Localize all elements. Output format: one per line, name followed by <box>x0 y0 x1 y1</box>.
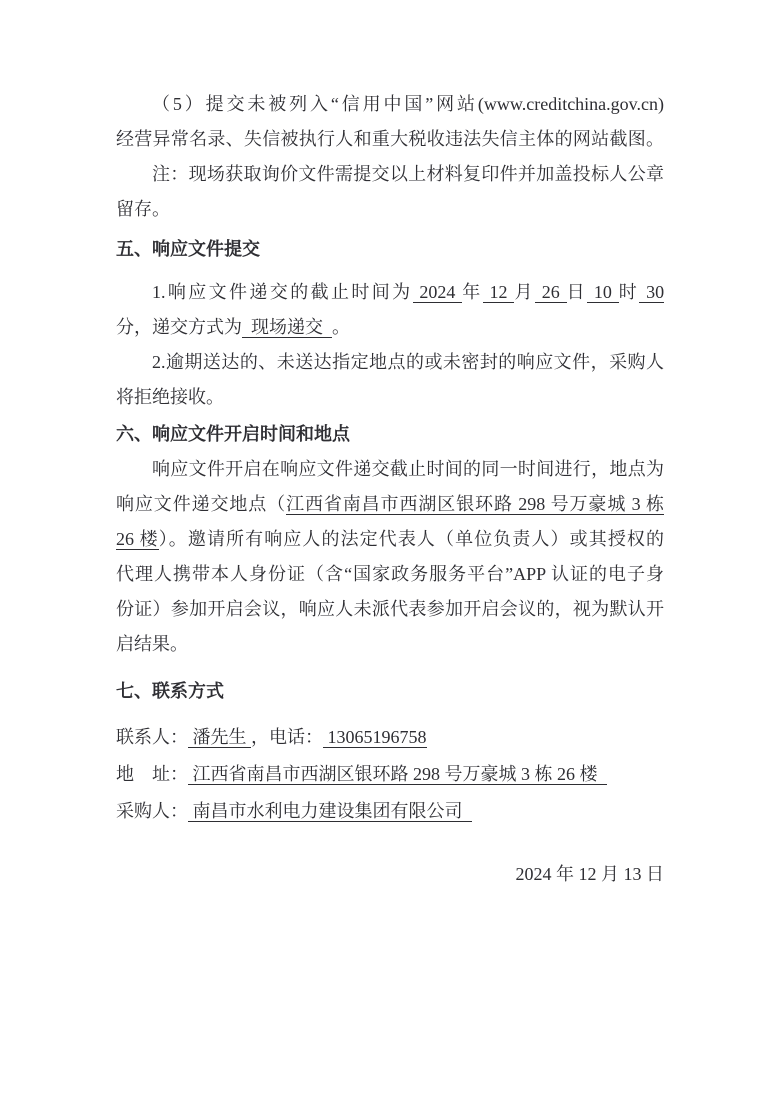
section6-heading-text: 六、响应文件开启时间和地点 <box>116 424 350 444</box>
blank-submission-method: 现场递交 <box>242 317 332 338</box>
blank-address: 江西省南昌市西湖区银环路 298 号万豪城 3 栋 26 楼 <box>188 764 607 785</box>
address-label: 地 址： <box>116 764 188 784</box>
year-unit-text: 年 <box>462 282 482 302</box>
opening-line2-text: 响应文件递交地点（ <box>116 494 286 514</box>
opening-line5-text: 份证）参加开启会议，响应人未派代表参加开启会议的，视为默认开 <box>116 599 664 619</box>
para-item5-line2-text: 经营异常名录、失信被执行人和重大税收违法失信主体的网站截图。 <box>116 129 664 149</box>
section5-heading: 五、响应文件提交 <box>116 232 664 267</box>
section7-heading-text: 七、联系方式 <box>116 681 224 701</box>
blank-month: 12 <box>483 282 515 303</box>
opening-line4-text: 代理人携带本人身份证（含“国家政务服务平台”APP 认证的电子身 <box>116 564 664 584</box>
buyer-label: 采购人： <box>116 801 188 821</box>
blank-contact-name: 潘先生 <box>188 727 251 748</box>
opening-line3: 26 楼）。邀请所有响应人的法定代表人（单位负责人）或其授权的 <box>116 522 664 557</box>
para-note-line2-text: 留存。 <box>116 199 170 219</box>
deadline2-lead-text: 分，递交方式为 <box>116 317 242 337</box>
para-item5-line1: （5）提交未被列入“信用中国”网站(www.creditchina.gov.cn… <box>116 87 664 122</box>
deadline-line2: 分，递交方式为 现场递交 。 <box>116 310 664 345</box>
month-unit-text: 月 <box>514 282 534 302</box>
contact-phone-label: ，电话： <box>251 727 323 747</box>
section6-heading: 六、响应文件开启时间和地点 <box>116 417 664 452</box>
para-note-line1-text: 注：现场获取询价文件需提交以上材料复印件并加盖投标人公章 <box>152 164 664 184</box>
blank-minute: 30 <box>639 282 664 303</box>
blank-buyer: 南昌市水利电力建设集团有限公司 <box>188 801 472 822</box>
blank-day: 26 <box>535 282 567 303</box>
opening-line4: 代理人携带本人身份证（含“国家政务服务平台”APP 认证的电子身 <box>116 557 664 592</box>
blank-hour: 10 <box>587 282 619 303</box>
deadline-lead-text: 1.响应文件递交的截止时间为 <box>152 282 413 302</box>
opening-line3-text: ）。邀请所有响应人的法定代表人（单位负责人）或其授权的 <box>159 529 664 549</box>
opening-line1: 响应文件开启在响应文件递交截止时间的同一时间进行，地点为 <box>116 452 664 487</box>
late-delivery-line1-text: 2.逾期送达的、未送达指定地点的或未密封的响应文件，采购人 <box>152 352 664 372</box>
blank-year: 2024 <box>413 282 463 303</box>
opening-line2: 响应文件递交地点（江西省南昌市西湖区银环路 298 号万豪城 3 栋 <box>116 487 664 522</box>
document-date: 2024 年 12 月 13 日 <box>116 857 664 892</box>
blank-open-address-part2: 26 楼 <box>116 529 159 550</box>
buyer-line: 采购人： 南昌市水利电力建设集团有限公司 <box>116 793 664 830</box>
para-note-line2: 留存。 <box>116 192 664 227</box>
opening-line6: 启结果。 <box>116 627 664 662</box>
opening-line1-text: 响应文件开启在响应文件递交截止时间的同一时间进行，地点为 <box>152 459 664 479</box>
address-line: 地 址： 江西省南昌市西湖区银环路 298 号万豪城 3 栋 26 楼 <box>116 756 664 793</box>
late-delivery-line2-text: 将拒绝接收。 <box>116 387 224 407</box>
document-page: （5）提交未被列入“信用中国”网站(www.creditchina.gov.cn… <box>0 0 780 1104</box>
late-delivery-line1: 2.逾期送达的、未送达指定地点的或未密封的响应文件，采购人 <box>116 345 664 380</box>
deadline-line1: 1.响应文件递交的截止时间为 2024 年 12 月 26 日 10 时 30 <box>116 275 664 310</box>
day-unit-text: 日 <box>567 282 587 302</box>
opening-line5: 份证）参加开启会议，响应人未派代表参加开启会议的，视为默认开 <box>116 592 664 627</box>
contact-person-line: 联系人： 潘先生 ，电话： 13065196758 <box>116 719 664 756</box>
blank-open-address-part1: 江西省南昌市西湖区银环路 298 号万豪城 3 栋 <box>286 494 664 515</box>
late-delivery-line2: 将拒绝接收。 <box>116 380 664 415</box>
document-date-text: 2024 年 12 月 13 日 <box>516 864 665 884</box>
deadline2-tail-text: 。 <box>332 317 350 337</box>
para-note-line1: 注：现场获取询价文件需提交以上材料复印件并加盖投标人公章 <box>116 157 664 192</box>
opening-line6-text: 启结果。 <box>116 634 188 654</box>
para-item5-line2: 经营异常名录、失信被执行人和重大税收违法失信主体的网站截图。 <box>116 122 664 157</box>
section7-heading: 七、联系方式 <box>116 674 664 709</box>
hour-unit-text: 时 <box>619 282 639 302</box>
section5-heading-text: 五、响应文件提交 <box>116 239 260 259</box>
contact-label: 联系人： <box>116 727 188 747</box>
blank-contact-phone: 13065196758 <box>323 727 427 748</box>
para-item5-line1-text: （5）提交未被列入“信用中国”网站(www.creditchina.gov.cn… <box>152 94 664 114</box>
